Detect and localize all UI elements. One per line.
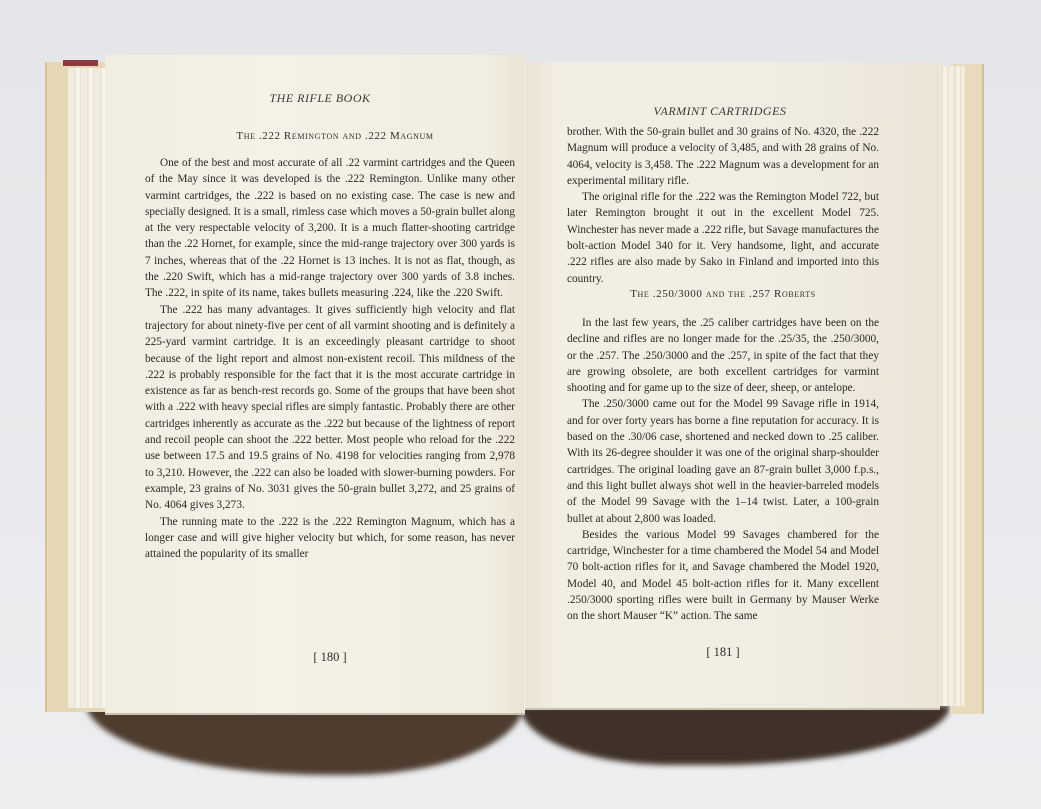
- section-title: The .222 Remington and .222 Magnum: [145, 130, 525, 142]
- right-page: VARMINT CARTRIDGES brother. With the 50-…: [525, 62, 940, 710]
- paragraph: The .222 has many advantages. It gives s…: [145, 302, 515, 514]
- book-shadow: [520, 705, 950, 765]
- paragraph: brother. With the 50-grain bullet and 30…: [567, 124, 879, 189]
- page-number: [ 181 ]: [567, 645, 879, 660]
- paragraph: One of the best and most accurate of all…: [145, 155, 515, 302]
- body-text-bottom: In the last few years, the .25 caliber c…: [567, 315, 879, 625]
- page-number: [ 180 ]: [145, 650, 515, 665]
- left-page: THE RIFLE BOOK The .222 Remington and .2…: [105, 55, 525, 715]
- paragraph: The .250/3000 came out for the Model 99 …: [567, 396, 879, 526]
- body-text: One of the best and most accurate of all…: [145, 155, 515, 562]
- paragraph: Besides the various Model 99 Savages cha…: [567, 527, 879, 625]
- running-head: THE RIFLE BOOK: [105, 91, 535, 106]
- paragraph: In the last few years, the .25 caliber c…: [567, 315, 879, 396]
- section-title: The .250/3000 and the .257 Roberts: [567, 288, 879, 300]
- headband: [63, 60, 98, 66]
- paragraph: The running mate to the .222 is the .222…: [145, 514, 515, 563]
- paragraph: The original rifle for the .222 was the …: [567, 189, 879, 287]
- body-text-top: brother. With the 50-grain bullet and 30…: [567, 124, 879, 287]
- running-head: VARMINT CARTRIDGES: [525, 104, 915, 119]
